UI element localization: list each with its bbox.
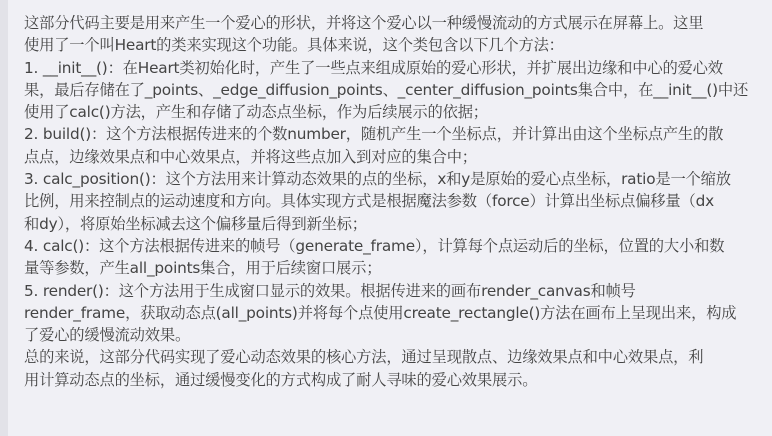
document-body: 这部分代码主要是用来产生一个爱心的形状，并将这个爱心以一种缓慢流动的方式展示在屏… (24, 12, 772, 391)
text-line: 果，最后存储在了_points、_edge_diffusion_points、_… (24, 79, 772, 101)
text-line: 这部分代码主要是用来产生一个爱心的形状，并将这个爱心以一种缓慢流动的方式展示在屏… (24, 12, 772, 34)
text-line: 使用了一个叫Heart的类来实现这个功能。具体来说，这个类包含以下几个方法： (24, 34, 772, 56)
text-line: 用计算动态点的坐标，通过缓慢变化的方式构成了耐人寻味的爱心效果展示。 (24, 369, 772, 391)
text-line: render_frame，获取动态点(all_points)并将每个点使用cre… (24, 302, 772, 324)
text-line: 总的来说，这部分代码实现了爱心动态效果的核心方法，通过呈现散点、边缘效果点和中心… (24, 346, 772, 368)
text-line: 量等参数，产生all_points集合，用于后续窗口展示； (24, 257, 772, 279)
text-line: 使用了calc()方法，产生和存储了动态点坐标，作为后续展示的依据； (24, 101, 772, 123)
text-line: 5. render()：这个方法用于生成窗口显示的效果。根据传进来的画布rend… (24, 280, 772, 302)
text-line: 1. __init__()：在Heart类初始化时，产生了一些点来组成原始的爱心… (24, 57, 772, 79)
text-line: 了爱心的缓慢流动效果。 (24, 324, 772, 346)
text-line: 和dy），将原始坐标减去这个偏移量后得到新坐标； (24, 213, 772, 235)
left-border (0, 0, 8, 436)
text-line: 比例，用来控制点的运动速度和方向。具体实现方式是根据魔法参数（force）计算出… (24, 190, 772, 212)
text-line: 3. calc_position()：这个方法用来计算动态效果的点的坐标，x和y… (24, 168, 772, 190)
text-line: 2. build()：这个方法根据传进来的个数number，随机产生一个坐标点，… (24, 123, 772, 145)
text-line: 点点，边缘效果点和中心效果点，并将这些点加入到对应的集合中； (24, 146, 772, 168)
text-line: 4. calc()：这个方法根据传进来的帧号（generate_frame），计… (24, 235, 772, 257)
